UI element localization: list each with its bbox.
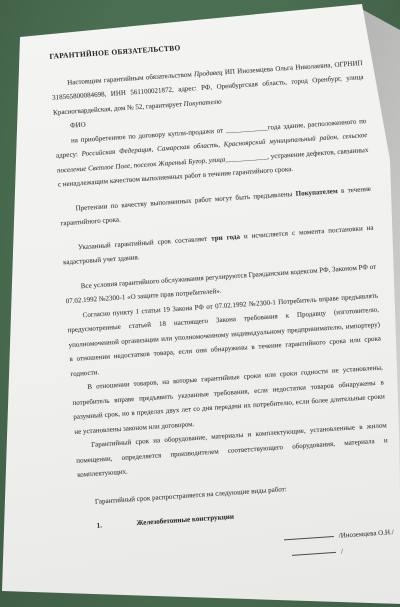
document-text: ГАРАНТИЙНОЕ ОБЯЗАТЕЛЬСТВО Настоящим гара… <box>16 13 400 579</box>
three-years-bold: три года <box>211 232 240 242</box>
signature-line <box>284 535 334 540</box>
date-blank: ____________ <box>226 123 268 134</box>
street-blank: ____________ <box>225 152 267 163</box>
buyer-role-italic: Покупателю <box>183 97 221 107</box>
buyer-bold: Покупателем <box>295 187 338 198</box>
signature-line-2 <box>292 550 336 555</box>
signature-name: /Иноземцева О.Н./ <box>338 528 393 540</box>
term-text-1: Указанный гарантийный срок составляет <box>78 234 212 251</box>
seller-text-1: Настоящим гарантийным обязательством <box>67 70 194 86</box>
photo-background: ГАРАНТИЙНОЕ ОБЯЗАТЕЛЬСТВО Настоящим гара… <box>0 0 400 607</box>
work-item-label: Железобетонные конструкции <box>136 510 234 531</box>
claims-text-1: Претензии по качеству выполненных работ … <box>75 189 296 212</box>
work-item-number: 1. <box>80 516 137 534</box>
signature-slash: / <box>341 547 343 555</box>
seller-role-italic: Продавец <box>194 68 223 78</box>
